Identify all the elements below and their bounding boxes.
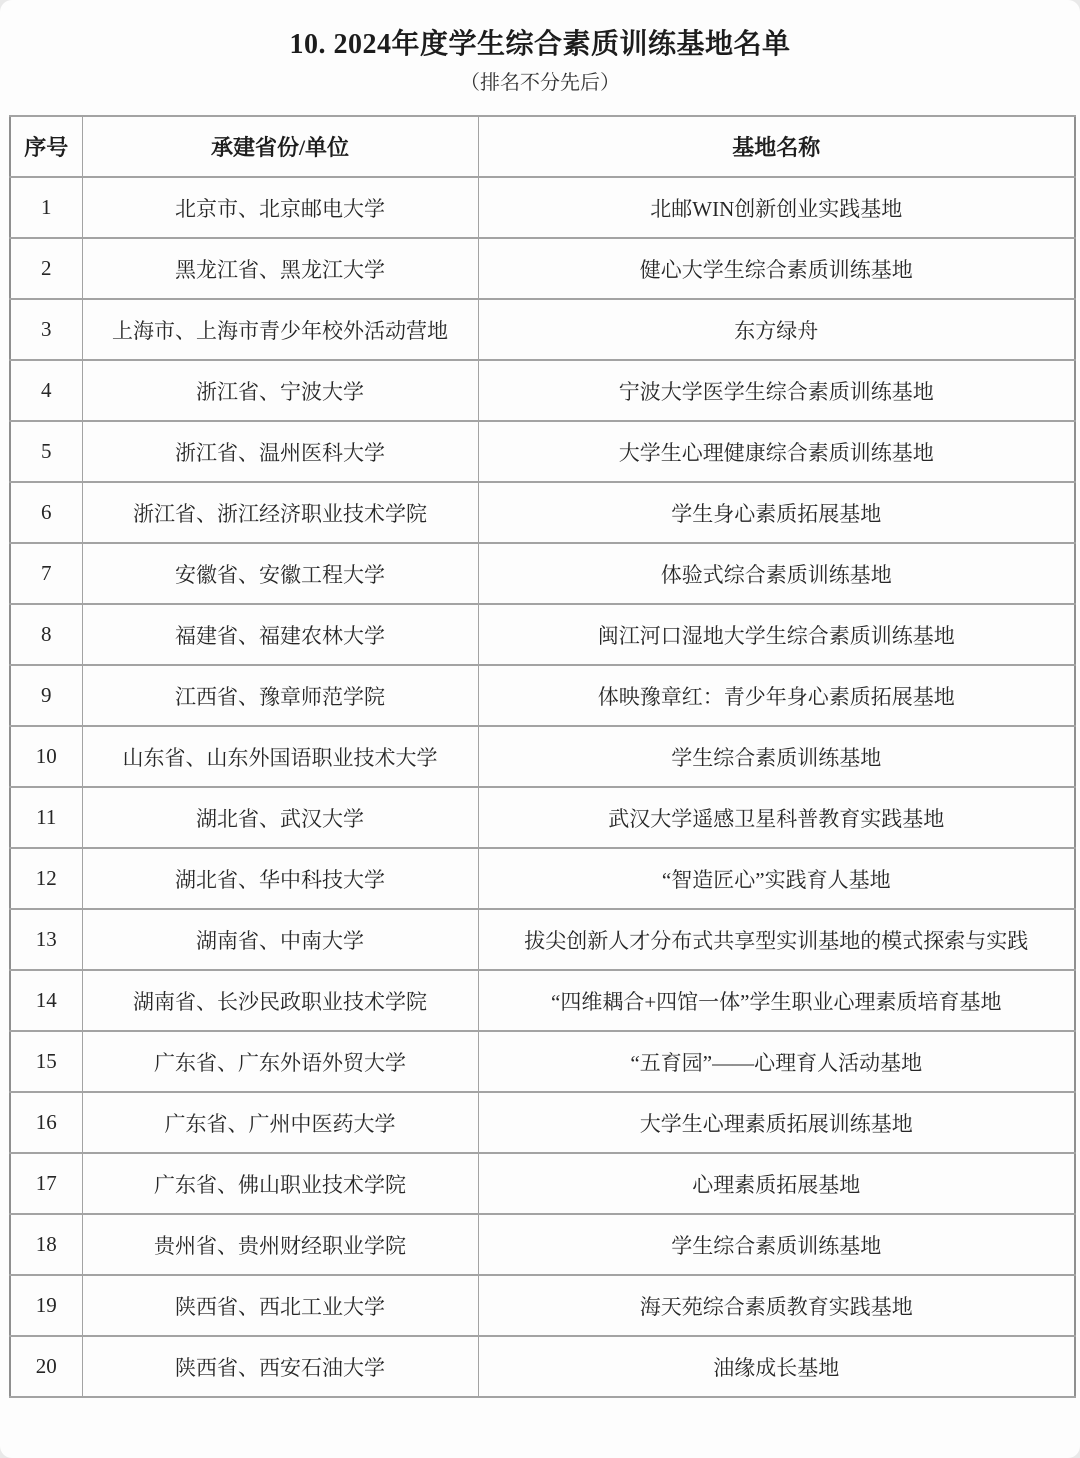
row-index-cell: 17 [10,1153,82,1214]
base-name-cell: 健心大学生综合素质训练基地 [478,238,1075,299]
table-row: 18 贵州省、贵州财经职业学院 学生综合素质训练基地 [10,1214,1075,1275]
table-row: 12 湖北省、华中科技大学 “智造匠心”实践育人基地 [10,848,1075,909]
base-name-cell: 体验式综合素质训练基地 [478,543,1075,604]
row-index-cell: 10 [10,726,82,787]
province-unit-cell: 广东省、广东外语外贸大学 [82,1031,478,1092]
base-name-cell: 学生综合素质训练基地 [478,1214,1075,1275]
row-index-cell: 19 [10,1275,82,1336]
table-row: 1 北京市、北京邮电大学 北邮WIN创新创业实践基地 [10,177,1075,238]
base-name-cell: 宁波大学医学生综合素质训练基地 [478,360,1075,421]
row-index-cell: 7 [10,543,82,604]
province-unit-cell: 陕西省、西安石油大学 [82,1336,478,1397]
document-page: 10. 2024年度学生综合素质训练基地名单 （排名不分先后） 序号 承建省份/… [0,0,1080,1458]
province-unit-cell: 北京市、北京邮电大学 [82,177,478,238]
base-name-cell: 油缘成长基地 [478,1336,1075,1397]
row-index-cell: 9 [10,665,82,726]
table-row: 4 浙江省、宁波大学 宁波大学医学生综合素质训练基地 [10,360,1075,421]
base-name-cell: 大学生心理健康综合素质训练基地 [478,421,1075,482]
base-name-cell: “五育园”——心理育人活动基地 [478,1031,1075,1092]
table-row: 5 浙江省、温州医科大学 大学生心理健康综合素质训练基地 [10,421,1075,482]
table-header: 序号 承建省份/单位 基地名称 [10,116,1075,177]
province-unit-cell: 湖北省、华中科技大学 [82,848,478,909]
province-unit-cell: 湖南省、长沙民政职业技术学院 [82,970,478,1031]
row-index-cell: 11 [10,787,82,848]
province-unit-cell: 浙江省、宁波大学 [82,360,478,421]
header-cell-base-name: 基地名称 [478,116,1075,177]
table-row: 3 上海市、上海市青少年校外活动营地 东方绿舟 [10,299,1075,360]
base-name-cell: 学生综合素质训练基地 [478,726,1075,787]
base-name-cell: “智造匠心”实践育人基地 [478,848,1075,909]
table-row: 6 浙江省、浙江经济职业技术学院 学生身心素质拓展基地 [10,482,1075,543]
row-index-cell: 12 [10,848,82,909]
training-base-table: 序号 承建省份/单位 基地名称 1 北京市、北京邮电大学 北邮WIN创新创业实践… [9,115,1076,1398]
header-cell-province-unit: 承建省份/单位 [82,116,478,177]
province-unit-cell: 贵州省、贵州财经职业学院 [82,1214,478,1275]
row-index-cell: 5 [10,421,82,482]
base-name-cell: 闽江河口湿地大学生综合素质训练基地 [478,604,1075,665]
table-row: 9 江西省、豫章师范学院 体映豫章红：青少年身心素质拓展基地 [10,665,1075,726]
province-unit-cell: 福建省、福建农林大学 [82,604,478,665]
base-name-cell: 学生身心素质拓展基地 [478,482,1075,543]
table-row: 10 山东省、山东外国语职业技术大学 学生综合素质训练基地 [10,726,1075,787]
table-row: 8 福建省、福建农林大学 闽江河口湿地大学生综合素质训练基地 [10,604,1075,665]
province-unit-cell: 浙江省、温州医科大学 [82,421,478,482]
row-index-cell: 2 [10,238,82,299]
row-index-cell: 15 [10,1031,82,1092]
row-index-cell: 13 [10,909,82,970]
table-row: 14 湖南省、长沙民政职业技术学院 “四维耦合+四馆一体”学生职业心理素质培育基… [10,970,1075,1031]
row-index-cell: 3 [10,299,82,360]
row-index-cell: 18 [10,1214,82,1275]
base-name-cell: 心理素质拓展基地 [478,1153,1075,1214]
base-name-cell: 大学生心理素质拓展训练基地 [478,1092,1075,1153]
province-unit-cell: 湖南省、中南大学 [82,909,478,970]
table-row: 2 黑龙江省、黑龙江大学 健心大学生综合素质训练基地 [10,238,1075,299]
row-index-cell: 8 [10,604,82,665]
base-name-cell: 海天苑综合素质教育实践基地 [478,1275,1075,1336]
table-row: 15 广东省、广东外语外贸大学 “五育园”——心理育人活动基地 [10,1031,1075,1092]
table-row: 7 安徽省、安徽工程大学 体验式综合素质训练基地 [10,543,1075,604]
table-row: 19 陕西省、西北工业大学 海天苑综合素质教育实践基地 [10,1275,1075,1336]
base-name-cell: 北邮WIN创新创业实践基地 [478,177,1075,238]
table-row: 16 广东省、广州中医药大学 大学生心理素质拓展训练基地 [10,1092,1075,1153]
row-index-cell: 1 [10,177,82,238]
row-index-cell: 20 [10,1336,82,1397]
header-cell-no: 序号 [10,116,82,177]
province-unit-cell: 湖北省、武汉大学 [82,787,478,848]
base-name-cell: “四维耦合+四馆一体”学生职业心理素质培育基地 [478,970,1075,1031]
table-row: 20 陕西省、西安石油大学 油缘成长基地 [10,1336,1075,1397]
base-name-cell: 东方绿舟 [478,299,1075,360]
row-index-cell: 4 [10,360,82,421]
table-body: 1 北京市、北京邮电大学 北邮WIN创新创业实践基地 2 黑龙江省、黑龙江大学 … [10,177,1075,1397]
table-row: 17 广东省、佛山职业技术学院 心理素质拓展基地 [10,1153,1075,1214]
title-block: 10. 2024年度学生综合素质训练基地名单 （排名不分先后） [0,0,1080,95]
province-unit-cell: 浙江省、浙江经济职业技术学院 [82,482,478,543]
province-unit-cell: 江西省、豫章师范学院 [82,665,478,726]
province-unit-cell: 安徽省、安徽工程大学 [82,543,478,604]
province-unit-cell: 陕西省、西北工业大学 [82,1275,478,1336]
row-index-cell: 14 [10,970,82,1031]
province-unit-cell: 上海市、上海市青少年校外活动营地 [82,299,478,360]
province-unit-cell: 山东省、山东外国语职业技术大学 [82,726,478,787]
page-subtitle: （排名不分先后） [0,71,1080,95]
base-name-cell: 武汉大学遥感卫星科普教育实践基地 [478,787,1075,848]
row-index-cell: 16 [10,1092,82,1153]
table-row: 13 湖南省、中南大学 拔尖创新人才分布式共享型实训基地的模式探索与实践 [10,909,1075,970]
page-title: 10. 2024年度学生综合素质训练基地名单 [0,0,1080,62]
base-name-cell: 体映豫章红：青少年身心素质拓展基地 [478,665,1075,726]
province-unit-cell: 黑龙江省、黑龙江大学 [82,238,478,299]
province-unit-cell: 广东省、广州中医药大学 [82,1092,478,1153]
base-name-cell: 拔尖创新人才分布式共享型实训基地的模式探索与实践 [478,909,1075,970]
province-unit-cell: 广东省、佛山职业技术学院 [82,1153,478,1214]
table-header-row: 序号 承建省份/单位 基地名称 [10,116,1075,177]
row-index-cell: 6 [10,482,82,543]
table-row: 11 湖北省、武汉大学 武汉大学遥感卫星科普教育实践基地 [10,787,1075,848]
